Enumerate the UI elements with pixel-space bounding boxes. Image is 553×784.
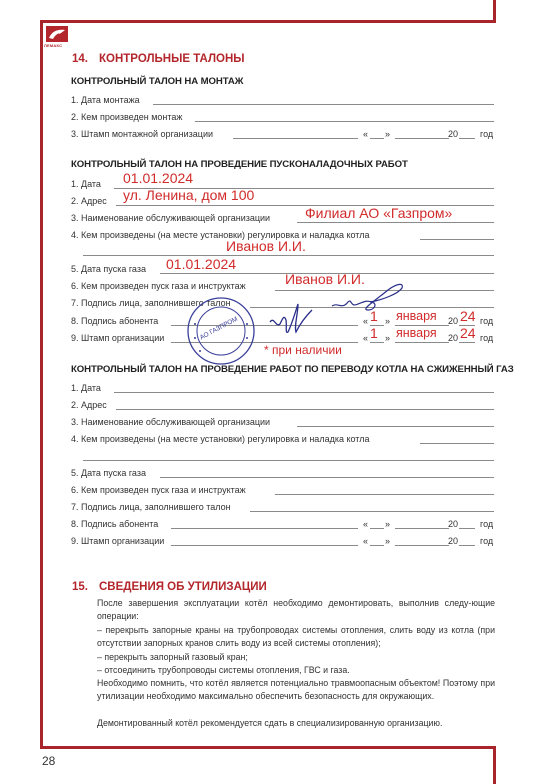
comm-stamp-month-field[interactable] [395,342,449,343]
disposal-bullet-3: – отсоединить трубопроводы системы отопл… [97,664,495,677]
signature-scribble [268,296,318,338]
montage-stamp-field[interactable] [233,138,358,139]
lpg-row-5: 5. Дата пуска газа [71,465,494,479]
filled-stamp-year: 24 [460,326,476,340]
section-15-title: СВЕДЕНИЯ ОБ УТИЛИЗАЦИИ [99,581,267,593]
lpg-row-3: 3. Наименование обслуживающей организаци… [71,414,494,428]
montage-year-field[interactable] [459,138,475,139]
comm-row-6: 6. Кем произведен пуск газа и инструктаж [71,278,494,292]
lpg-sig-year-field[interactable] [459,528,475,529]
lpg-subscriber-sig-field[interactable] [171,528,358,529]
montage-row-2: 2. Кем произведен монтаж [71,109,494,123]
commissioning-talon-title: КОНТРОЛЬНЫЙ ТАЛОН НА ПРОВЕДЕНИЕ ПУСКОНАЛ… [71,159,408,170]
comm-adjusted-field-cont[interactable] [83,255,494,256]
lpg-gas-by-field[interactable] [275,494,494,495]
lpg-gas-date-field[interactable] [160,477,494,478]
lpg-stamp-month-field[interactable] [395,545,449,546]
lpg-sig-month-field[interactable] [395,528,449,529]
lpg-stamp-field[interactable] [171,545,358,546]
brand-logo-text: ЛЕМАКС [44,43,62,48]
filled-sig-year: 24 [460,309,476,323]
lpg-stamp-day-field[interactable] [370,545,384,546]
lpg-org-field[interactable] [297,426,494,427]
section-15-number: 15. [72,581,88,593]
comm-org-field[interactable] [297,222,494,223]
filled-address: ул. Ленина, дом 100 [123,188,254,202]
montage-talon-title: КОНТРОЛЬНЫЙ ТАЛОН НА МОНТАЖ [71,76,243,87]
lpg-row-6: 6. Кем произведен пуск газа и инструктаж [71,482,494,496]
lpg-row-4b [71,448,494,462]
filled-stamp-month: января [396,327,437,340]
lpg-adjusted-field-cont[interactable] [83,460,494,461]
lpg-talon-title: КОНТРОЛЬНЫЙ ТАЛОН НА ПРОВЕДЕНИЕ РАБОТ ПО… [71,364,514,375]
lpg-date-field[interactable] [114,392,494,393]
filled-date: 01.01.2024 [123,171,193,185]
filled-gas-start-date: 01.01.2024 [166,257,236,271]
disposal-bullet-1: – перекрыть запорные краны на трубопрово… [97,624,495,651]
comm-stamp-day-field[interactable] [370,342,384,343]
lpg-adjusted-field[interactable] [420,443,494,444]
section-14-title: КОНТРОЛЬНЫЕ ТАЛОНЫ [99,53,245,65]
disposal-final: Демонтированный котёл рекомендуется сдат… [97,717,495,730]
lpg-row-4: 4. Кем произведены (на месте установки) … [71,431,494,445]
section-14-number: 14. [72,53,88,65]
frame-bottom-stub [493,746,496,784]
montage-by-field[interactable] [195,121,494,122]
filled-organization: Филиал АО «Газпром» [305,206,452,220]
lpg-sig-day-field[interactable] [370,528,384,529]
comm-row-5: 5. Дата пуска газа [71,261,494,275]
disposal-intro: После завершения эксплуатации котёл необ… [97,597,495,624]
montage-month-field[interactable] [395,138,449,139]
montage-date-field[interactable] [153,104,494,105]
lpg-row-1: 1. Дата [71,380,494,394]
lpg-row-7: 7. Подпись лица, заполнившего талон [71,499,494,513]
brand-logo-icon [46,26,68,42]
montage-row-3: 3. Штамп монтажной организации « » 20 го… [71,126,494,140]
frame-top [40,20,496,23]
montage-day-field[interactable] [370,138,384,139]
lpg-row-9: 9. Штамп организации « » 20 год [71,533,494,547]
signature-flourish [330,280,410,320]
lpg-row-8: 8. Подпись абонента « » 20 год [71,516,494,530]
comm-adjusted-field[interactable] [420,239,494,240]
disposal-bullet-2: – перекрыть запорный газовый кран; [97,651,495,664]
montage-row-1: 1. Дата монтажа [71,92,494,106]
frame-bottom [40,746,496,749]
lpg-row-2: 2. Адрес [71,397,494,411]
page-number: 28 [42,754,55,768]
filled-adjusted-by: Иванов И.И. [226,239,306,253]
lpg-address-field[interactable] [116,409,494,410]
lpg-filler-sig-field[interactable] [250,511,494,512]
frame-left [40,20,43,749]
comm-stamp-year-field[interactable] [459,342,475,343]
disposal-warning: Необходимо помнить, что котёл является п… [97,677,495,704]
stamp-note: * при наличии [264,344,342,356]
organization-stamp: АО ГАЗПРОМ [186,296,256,366]
filled-stamp-day: 1 [370,326,378,340]
lpg-stamp-year-field[interactable] [459,545,475,546]
